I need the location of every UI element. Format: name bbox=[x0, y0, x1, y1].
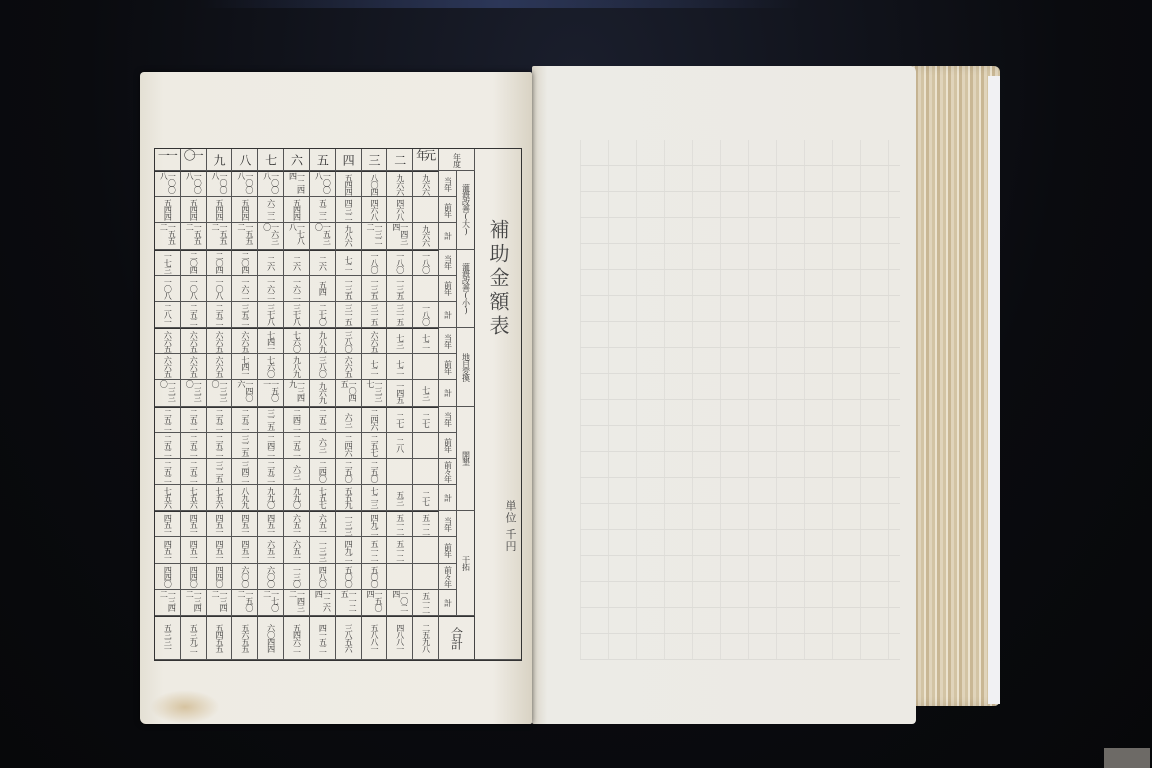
row-sub-label: 前年 bbox=[439, 197, 457, 223]
table-cell: 六二二 bbox=[258, 197, 284, 223]
table-cell: 六六五 bbox=[181, 328, 207, 354]
table-cell: 四四〇 bbox=[207, 564, 233, 590]
table-cell: 一二四四 bbox=[284, 171, 310, 197]
total-cell: 五三九二 bbox=[181, 616, 207, 660]
table-cell bbox=[413, 276, 439, 302]
total-cell: 三八五六 bbox=[336, 616, 362, 660]
table-cell: 一〇〇八 bbox=[310, 171, 336, 197]
year-header: 一一 bbox=[155, 149, 181, 171]
table-cell: 一五〇四 bbox=[362, 590, 388, 616]
table-cell: 五一二 bbox=[387, 511, 413, 537]
table-cell: 七五七 bbox=[310, 485, 336, 511]
table-cell: 五一二 bbox=[413, 511, 439, 537]
table-cell: 一四五 bbox=[387, 380, 413, 406]
table-cell: 二四六 bbox=[336, 433, 362, 459]
table-cell: 一五〇二 bbox=[232, 590, 258, 616]
table-cell: 一三三〇 bbox=[155, 380, 181, 406]
table-cell: 二五二 bbox=[284, 433, 310, 459]
light-glare bbox=[200, 0, 800, 8]
table-cell: 一〇八 bbox=[155, 276, 181, 302]
table-cell: 七二 bbox=[336, 250, 362, 276]
row-sub-label: 計 bbox=[439, 485, 457, 511]
table-cell: 一五五二 bbox=[155, 223, 181, 249]
table-cell: 七六〇 bbox=[284, 328, 310, 354]
table-cell: 二五二 bbox=[181, 459, 207, 485]
table-title: 補助金額表 bbox=[475, 149, 521, 660]
table-cell: 一三五 bbox=[387, 276, 413, 302]
water-stain bbox=[150, 690, 220, 724]
table-cell: 五四四 bbox=[207, 197, 233, 223]
table-cell: 三七八 bbox=[284, 302, 310, 328]
table-cell: 二五二 bbox=[155, 433, 181, 459]
table-cell: 五五九 bbox=[336, 485, 362, 511]
total-cell: 四八八一 bbox=[387, 616, 413, 660]
table-cell: 二四〇 bbox=[310, 459, 336, 485]
table-cell: 五二二 bbox=[310, 197, 336, 223]
row-group-label: 干拓 bbox=[457, 511, 475, 616]
table-cell: 四五一 bbox=[258, 511, 284, 537]
table-cell: 二五二 bbox=[155, 407, 181, 433]
table-cell: 五三 bbox=[387, 485, 413, 511]
table-cell: 二五二 bbox=[232, 407, 258, 433]
table-cell: 八九九 bbox=[232, 485, 258, 511]
table-cell: 五一二 bbox=[413, 590, 439, 616]
table-cell: 一三四二 bbox=[181, 590, 207, 616]
table-cell: 一〇〇八 bbox=[155, 171, 181, 197]
row-sub-label: 当年 bbox=[439, 328, 457, 354]
table-cell: 三七八 bbox=[258, 302, 284, 328]
table-cell: 九六六 bbox=[387, 171, 413, 197]
table-cell: 六三 bbox=[284, 459, 310, 485]
year-header: 一〇 bbox=[181, 149, 207, 171]
table-cell: 一七八八 bbox=[284, 223, 310, 249]
row-sub-label: 当年 bbox=[439, 171, 457, 197]
table-cell: 七二 bbox=[387, 354, 413, 380]
total-cell: 四一五二 bbox=[310, 616, 336, 660]
row-group-label: 灌漑改善(小) bbox=[457, 250, 475, 329]
table-cell: 九六九 bbox=[310, 380, 336, 406]
row-sub-label: 当年 bbox=[439, 511, 457, 537]
table-cell: 一三四二 bbox=[207, 590, 233, 616]
row-sub-label: 前年 bbox=[439, 354, 457, 380]
table-cell: 一三五 bbox=[362, 276, 388, 302]
table-cell: 三一五 bbox=[336, 302, 362, 328]
table-cell: 七三 bbox=[387, 328, 413, 354]
book-fore-edge bbox=[904, 66, 1000, 706]
table-cell: 九六六 bbox=[413, 171, 439, 197]
row-sub-label: 前々年 bbox=[439, 459, 457, 485]
table-cell: 一八〇 bbox=[362, 250, 388, 276]
table-cell: 二八 bbox=[387, 433, 413, 459]
table-cell: 七二三 bbox=[362, 485, 388, 511]
table-cell: 一三〇 bbox=[284, 564, 310, 590]
subsidy-table: 元年二三四五六七八九一〇一一年度補助金額表九六六九六六八〇四五四四一〇〇八一二四… bbox=[154, 148, 522, 661]
total-cell: 五四六二 bbox=[284, 616, 310, 660]
table-cell: 四六八 bbox=[387, 197, 413, 223]
table-cell: 七二 bbox=[413, 328, 439, 354]
table-cell: 三二五 bbox=[232, 433, 258, 459]
table-cell: 一三三七 bbox=[362, 380, 388, 406]
table-cell: 一七〇二 bbox=[258, 590, 284, 616]
table-cell: 二五七 bbox=[362, 433, 388, 459]
table-cell: 二四二 bbox=[258, 433, 284, 459]
table-cell: 一五三〇 bbox=[310, 223, 336, 249]
table-cell: 九九〇 bbox=[284, 485, 310, 511]
table-cell: 四五一 bbox=[232, 511, 258, 537]
table-cell: 一三四九 bbox=[284, 380, 310, 406]
table-cell: 七五六 bbox=[155, 485, 181, 511]
table-cell: 六六五 bbox=[181, 354, 207, 380]
table-cell: 一六二 bbox=[258, 276, 284, 302]
year-header: 五 bbox=[310, 149, 336, 171]
year-header-label: 年度 bbox=[439, 149, 475, 171]
table-cell: 九八九 bbox=[310, 328, 336, 354]
table-cell: 二五〇 bbox=[362, 459, 388, 485]
table-cell: 二五二 bbox=[207, 407, 233, 433]
table-cell: 五四四 bbox=[232, 197, 258, 223]
table-cell: 四九二 bbox=[362, 511, 388, 537]
row-sub-label: 計 bbox=[439, 223, 457, 249]
table-cell: 二七 bbox=[387, 407, 413, 433]
row-sub-label: 前年 bbox=[439, 276, 457, 302]
table-cell: 九八九 bbox=[284, 354, 310, 380]
table-cell: 二五二 bbox=[155, 459, 181, 485]
table-cell: 七三 bbox=[413, 380, 439, 406]
table-cell: 七二 bbox=[362, 354, 388, 380]
year-header: 七 bbox=[258, 149, 284, 171]
table-cell: 一四三二 bbox=[284, 590, 310, 616]
table-cell: 一三五 bbox=[336, 276, 362, 302]
table-cell: 六五一 bbox=[284, 511, 310, 537]
table-cell: 一〇〇八 bbox=[232, 171, 258, 197]
total-cell: 六〇四四 bbox=[258, 616, 284, 660]
row-sub-label: 前年 bbox=[439, 537, 457, 563]
table-cell: 一五五二 bbox=[181, 223, 207, 249]
row-sub-label: 当年 bbox=[439, 250, 457, 276]
year-header: 三 bbox=[362, 149, 388, 171]
year-header: 六 bbox=[284, 149, 310, 171]
table-cell: 四四〇 bbox=[155, 564, 181, 590]
table-cell: 六五一 bbox=[310, 511, 336, 537]
bleed-through-ghost-table bbox=[580, 140, 900, 660]
table-cell: 二五二 bbox=[207, 433, 233, 459]
table-cell: 一三三〇 bbox=[181, 380, 207, 406]
total-label: 合計 bbox=[439, 616, 475, 660]
table-cell: 三二五 bbox=[258, 407, 284, 433]
table-cell: 六六五 bbox=[362, 328, 388, 354]
table-cell: 四八〇 bbox=[310, 564, 336, 590]
total-cell: 五八八一 bbox=[362, 616, 388, 660]
table-cell: 九九〇 bbox=[258, 485, 284, 511]
table-cell bbox=[413, 564, 439, 590]
table-cell: 二五二 bbox=[310, 407, 336, 433]
table-cell: 一〇〇八 bbox=[207, 171, 233, 197]
table-cell: 一六二 bbox=[232, 276, 258, 302]
table-cell: 四九二 bbox=[336, 537, 362, 563]
table-cell: 五四 bbox=[310, 276, 336, 302]
table-cell: 二〇四 bbox=[232, 250, 258, 276]
year-header: 二 bbox=[387, 149, 413, 171]
table-cell: 一四三四 bbox=[387, 223, 413, 249]
table-cell: 三一五 bbox=[362, 302, 388, 328]
table-cell: 七五六 bbox=[181, 485, 207, 511]
table-cell: 一三三 bbox=[310, 537, 336, 563]
table-cell: 七六〇 bbox=[258, 354, 284, 380]
table-cell: 四五一 bbox=[155, 537, 181, 563]
row-sub-label: 計 bbox=[439, 380, 457, 406]
table-cell: 七四一 bbox=[232, 354, 258, 380]
table-cell: 一二六四 bbox=[310, 590, 336, 616]
table-cell: 四五一 bbox=[207, 511, 233, 537]
table-cell: 三一五 bbox=[387, 302, 413, 328]
total-cell: 五三三一 bbox=[155, 616, 181, 660]
table-cell bbox=[387, 459, 413, 485]
table-cell: 五四四 bbox=[181, 197, 207, 223]
table-cell bbox=[413, 433, 439, 459]
year-header: 九 bbox=[207, 149, 233, 171]
table-cell: 一八〇 bbox=[413, 302, 439, 328]
table-cell: 四三二 bbox=[336, 197, 362, 223]
row-sub-label: 前年 bbox=[439, 433, 457, 459]
table-cell: 六六五 bbox=[155, 328, 181, 354]
row-group-label: 灌漑改善(大) bbox=[457, 171, 475, 250]
unit-label: 単位 千円 bbox=[502, 500, 518, 553]
table-cell: 七四一 bbox=[258, 328, 284, 354]
table-cell: 二五二 bbox=[258, 459, 284, 485]
table-cell: 二七 bbox=[413, 407, 439, 433]
table-cell: 四五一 bbox=[181, 537, 207, 563]
row-sub-label: 計 bbox=[439, 302, 457, 328]
table-cell: 三八〇 bbox=[336, 328, 362, 354]
total-cell: 二五九八 bbox=[413, 616, 439, 660]
table-cell: 二〇四 bbox=[181, 250, 207, 276]
row-sub-label: 計 bbox=[439, 590, 457, 616]
table-cell: 六五一 bbox=[284, 537, 310, 563]
table-cell: 三四二 bbox=[232, 459, 258, 485]
corner-marker bbox=[1104, 748, 1150, 768]
table-cell: 一一二五 bbox=[336, 590, 362, 616]
table-cell bbox=[413, 197, 439, 223]
table-cell: 二八一 bbox=[155, 302, 181, 328]
table-cell: 三二五 bbox=[207, 459, 233, 485]
book-back-cover bbox=[988, 76, 1000, 704]
table-cell: 六六五 bbox=[336, 354, 362, 380]
table-cell: 一三二二 bbox=[362, 223, 388, 249]
table-cell: 一六三〇 bbox=[258, 223, 284, 249]
table-cell: 六五一 bbox=[258, 537, 284, 563]
table-cell: 二七〇 bbox=[310, 302, 336, 328]
table-cell: 二四六 bbox=[362, 407, 388, 433]
table-cell: 五〇〇 bbox=[362, 564, 388, 590]
table-cell: 一五〇一 bbox=[258, 380, 284, 406]
table-cell: 一四〇六 bbox=[232, 380, 258, 406]
table-cell: 九八六 bbox=[336, 223, 362, 249]
table-cell: 一三三〇 bbox=[207, 380, 233, 406]
table-cell: 二五二 bbox=[181, 433, 207, 459]
table-cell: 一七三 bbox=[155, 250, 181, 276]
table-cell: 二七 bbox=[413, 485, 439, 511]
year-header: 四 bbox=[336, 149, 362, 171]
table-cell: 一三四二 bbox=[155, 590, 181, 616]
table-cell: 六六五 bbox=[207, 354, 233, 380]
table-cell: 一〇〇八 bbox=[181, 171, 207, 197]
table-cell: 五一二 bbox=[362, 537, 388, 563]
table-cell: 六〇〇 bbox=[258, 564, 284, 590]
year-header: 元年 bbox=[413, 149, 439, 171]
table-cell: 一〇二四 bbox=[387, 590, 413, 616]
table-cell: 五〇〇 bbox=[336, 564, 362, 590]
table-cell: 二五〇 bbox=[336, 459, 362, 485]
table-cell: 五四四 bbox=[155, 197, 181, 223]
table-cell: 二六 bbox=[310, 250, 336, 276]
table-cell: 五四四 bbox=[284, 197, 310, 223]
table-cell bbox=[387, 564, 413, 590]
table-cell: 二四二 bbox=[284, 407, 310, 433]
table-cell: 四五一 bbox=[181, 511, 207, 537]
table-cell: 八〇四 bbox=[362, 171, 388, 197]
year-header: 八 bbox=[232, 149, 258, 171]
table-cell: 九六六 bbox=[413, 223, 439, 249]
table-cell: 六六五 bbox=[207, 328, 233, 354]
table-cell: 二五二 bbox=[207, 302, 233, 328]
table-cell: 四五一 bbox=[207, 537, 233, 563]
table-cell: 四六八 bbox=[362, 197, 388, 223]
table-cell bbox=[413, 537, 439, 563]
table-cell: 六六五 bbox=[155, 354, 181, 380]
table-cell: 一五五二 bbox=[207, 223, 233, 249]
table-cell: 六三 bbox=[336, 407, 362, 433]
table-cell bbox=[413, 459, 439, 485]
table-cell: 二五二 bbox=[181, 302, 207, 328]
row-sub-label: 前々年 bbox=[439, 564, 457, 590]
table-cell: 六三 bbox=[310, 433, 336, 459]
table-cell: 三八〇 bbox=[310, 354, 336, 380]
table-cell: 一三三 bbox=[336, 511, 362, 537]
row-sub-label: 当年 bbox=[439, 407, 457, 433]
row-group-label: 開墾 bbox=[457, 407, 475, 512]
table-cell: 一〇八 bbox=[181, 276, 207, 302]
table-cell: 六〇〇 bbox=[232, 564, 258, 590]
table-cell: 六六五 bbox=[232, 328, 258, 354]
table-cell: 二〇四 bbox=[207, 250, 233, 276]
table-cell: 一五五二 bbox=[232, 223, 258, 249]
table-cell: 一〇〇八 bbox=[258, 171, 284, 197]
table-cell: 一六二 bbox=[284, 276, 310, 302]
row-group-label: 地目変換 bbox=[457, 328, 475, 407]
total-cell: 五六五五 bbox=[232, 616, 258, 660]
table-cell: 三五二 bbox=[232, 302, 258, 328]
table-cell: 一〇八 bbox=[207, 276, 233, 302]
table-cell: 二六 bbox=[258, 250, 284, 276]
table-cell: 一〇四五 bbox=[336, 380, 362, 406]
table-cell: 一八〇 bbox=[413, 250, 439, 276]
table-cell bbox=[413, 354, 439, 380]
table-cell: 四五一 bbox=[155, 511, 181, 537]
table-cell: 四四〇 bbox=[181, 564, 207, 590]
table-cell: 二五二 bbox=[181, 407, 207, 433]
table-cell: 七五六 bbox=[207, 485, 233, 511]
table-cell: 五一二 bbox=[387, 537, 413, 563]
total-cell: 五四五五 bbox=[207, 616, 233, 660]
table-cell: 五四四 bbox=[336, 171, 362, 197]
table-cell: 二六 bbox=[284, 250, 310, 276]
table-cell: 一八〇 bbox=[387, 250, 413, 276]
table-cell: 四五一 bbox=[232, 537, 258, 563]
